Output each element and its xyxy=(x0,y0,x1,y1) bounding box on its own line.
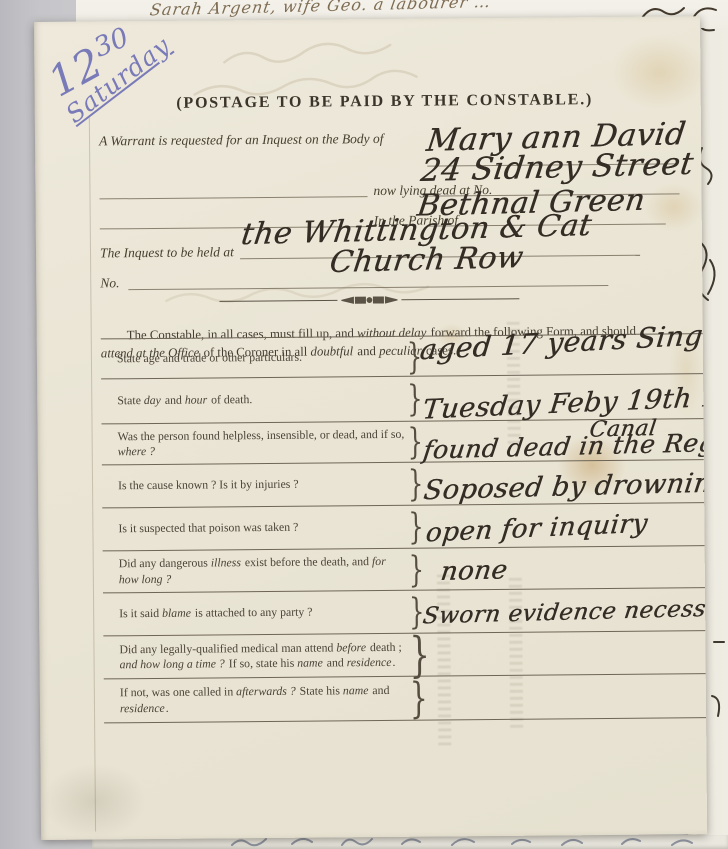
table-row: Did any dangerous illness exist before t… xyxy=(103,545,705,592)
brace-mark: } xyxy=(408,506,424,548)
question-text: Was the person found helpless, insensibl… xyxy=(102,426,406,459)
illness-handwriting: none xyxy=(439,555,510,587)
brace-mark: } xyxy=(407,421,423,463)
inquest-form-page: 12 30 Saturday (POSTAGE TO BE PAID BY TH… xyxy=(34,16,707,840)
question-text: Is the cause known ? Is it by injuries ? xyxy=(102,476,406,494)
venue-label: The Inquest to be held at xyxy=(100,244,234,261)
warrant-body-label: A Warrant is requested for an Inquest on… xyxy=(99,131,384,149)
table-row: If not, was one called in afterwards ? S… xyxy=(104,673,706,723)
fill-line xyxy=(100,196,368,199)
address-handwriting: 24 Sidney Street xyxy=(419,146,696,189)
question-text: Is it said blame is attached to any part… xyxy=(103,604,407,622)
stain xyxy=(34,751,165,840)
brace-mark: } xyxy=(407,378,423,420)
question-text: State day and hour of death. xyxy=(101,391,405,409)
brace-mark: } xyxy=(410,673,428,723)
question-text: If not, was one called in afterwards ? S… xyxy=(104,683,408,716)
question-text: Did any dangerous illness exist before t… xyxy=(103,554,407,587)
question-text: Did any legally-qualified medical man at… xyxy=(103,639,407,672)
table-row: Did any legally-qualified medical man at… xyxy=(103,630,705,678)
question-text: State age and trade or other particulars… xyxy=(101,349,405,367)
number-label: No. xyxy=(100,275,119,291)
venue-line2-handwriting: Church Row xyxy=(328,240,526,280)
question-text: Is it suspected that poison was taken ? xyxy=(102,519,406,537)
document-photo: Sarah Argent, wife Geo. a labourer … xyxy=(0,0,728,849)
brace-mark: } xyxy=(408,463,424,505)
page-crease xyxy=(89,118,96,832)
brace-mark: } xyxy=(409,548,425,590)
